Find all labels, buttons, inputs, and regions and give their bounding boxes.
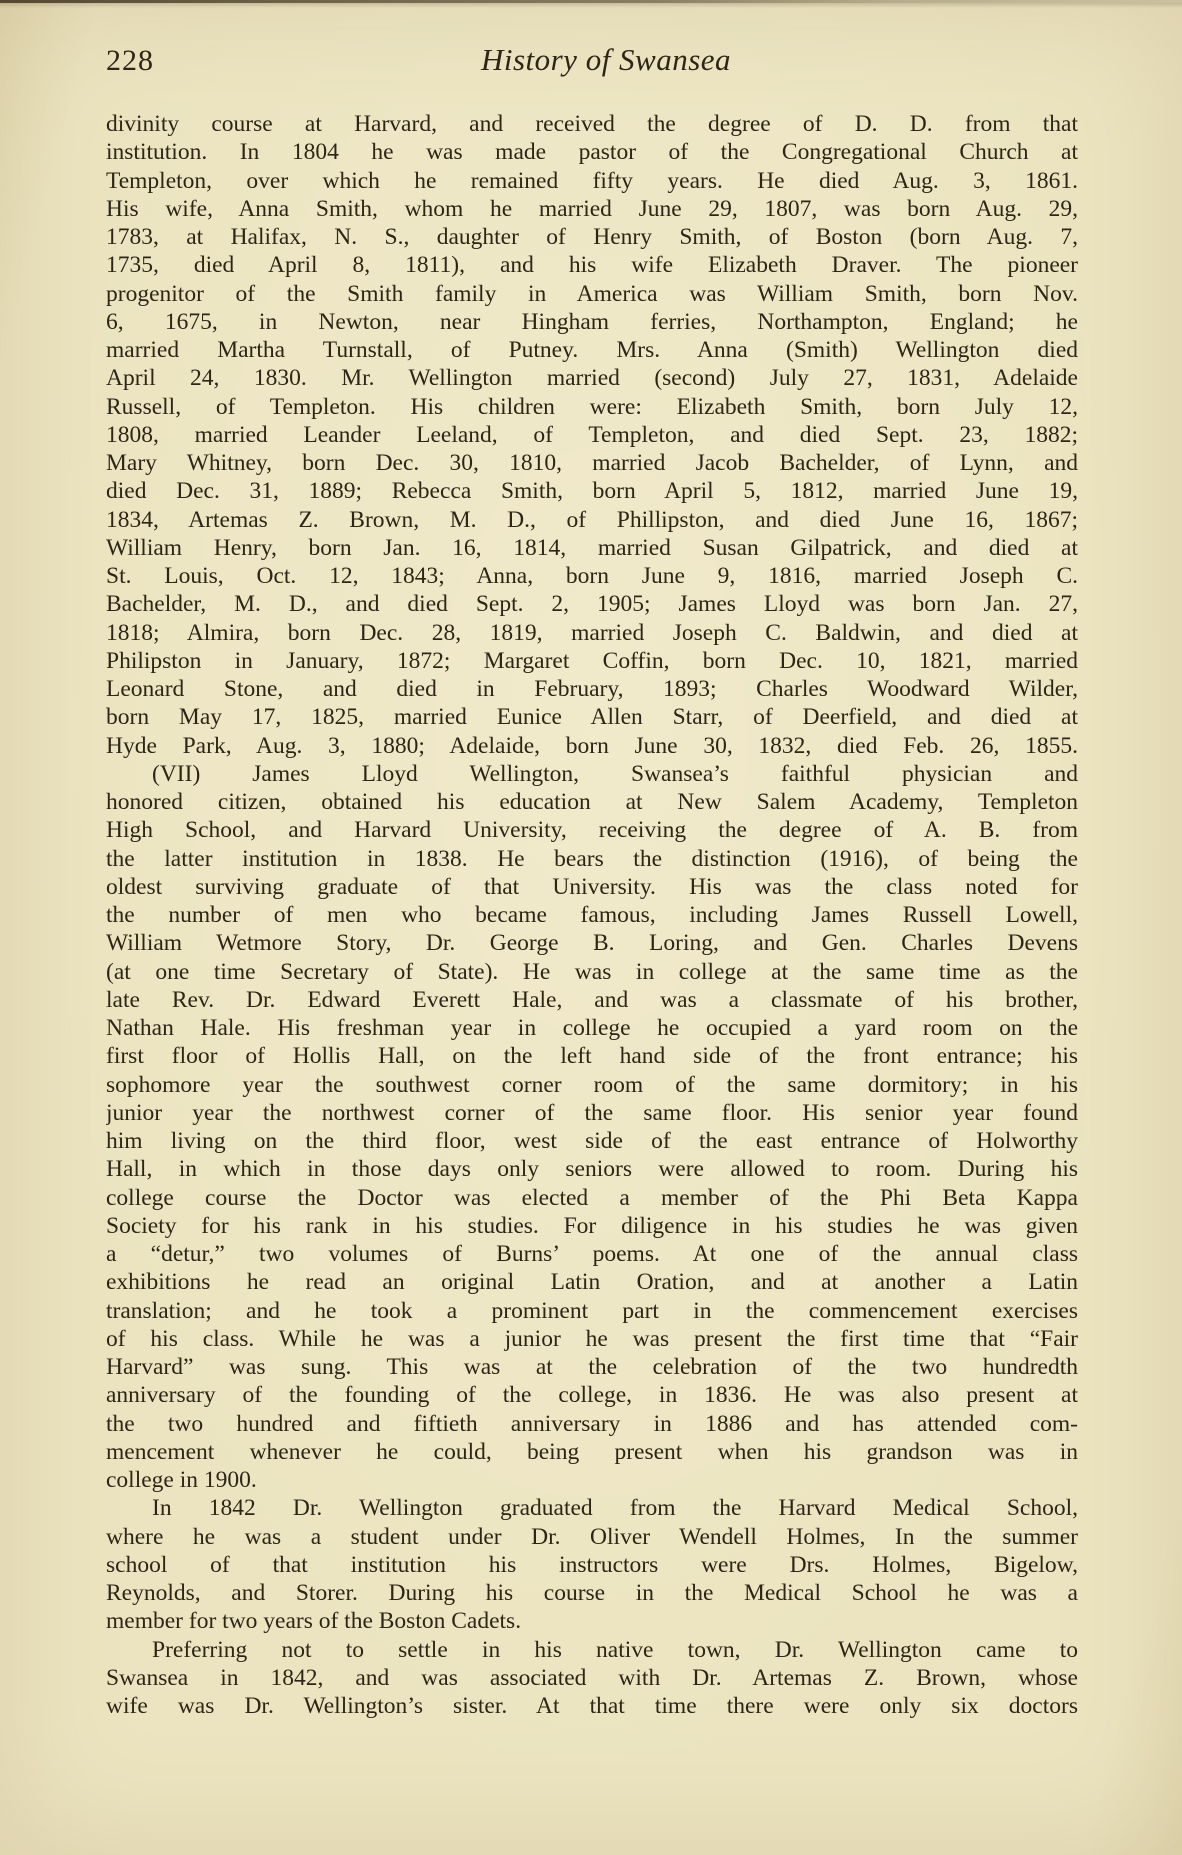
text-line: 1834, Artemas Z. Brown, M. D., of Philli… [106,506,1078,534]
paragraph: (VII) James Lloyd Wellington, Swansea’s … [106,760,1078,1495]
text-line: oldest surviving graduate of that Univer… [106,873,1078,901]
text-line: first floor of Hollis Hall, on the left … [106,1042,1078,1070]
text-line: progenitor of the Smith family in Americ… [106,280,1078,308]
text-line: In 1842 Dr. Wellington graduated from th… [106,1494,1078,1522]
text-line: late Rev. Dr. Edward Everett Hale, and w… [106,986,1078,1014]
text-line: mencement whenever he could, being prese… [106,1438,1078,1466]
text-line: died Dec. 31, 1889; Rebecca Smith, born … [106,477,1078,505]
text-line: honored citizen, obtained his education … [106,788,1078,816]
text-line: Swansea in 1842, and was associated with… [106,1664,1078,1692]
page-header: 228 History of Swansea [106,42,1078,78]
text-line: exhibitions he read an original Latin Or… [106,1268,1078,1296]
text-line: Mary Whitney, born Dec. 30, 1810, marrie… [106,449,1078,477]
text-line: the latter institution in 1838. He bears… [106,845,1078,873]
text-line: 1783, at Halifax, N. S., daughter of Hen… [106,223,1078,251]
text-line: Philipston in January, 1872; Margaret Co… [106,647,1078,675]
text-line: school of that institution his instructo… [106,1551,1078,1579]
text-line: wife was Dr. Wellington’s sister. At tha… [106,1692,1078,1720]
text-line: sophomore year the southwest corner room… [106,1071,1078,1099]
text-line: Russell, of Templeton. His children were… [106,393,1078,421]
text-line: anniversary of the founding of the colle… [106,1381,1078,1409]
page-top-edge-fade [0,3,1182,8]
text-line: 6, 1675, in Newton, near Hingham ferries… [106,308,1078,336]
text-line: junior year the northwest corner of the … [106,1099,1078,1127]
text-line: April 24, 1830. Mr. Wellington married (… [106,364,1078,392]
text-line: translation; and he took a prominent par… [106,1297,1078,1325]
text-line: Leonard Stone, and died in February, 189… [106,675,1078,703]
text-line: Preferring not to settle in his native t… [106,1636,1078,1664]
page-number: 228 [106,44,226,78]
paragraph: In 1842 Dr. Wellington graduated from th… [106,1494,1078,1635]
paragraph: divinity course at Harvard, and received… [106,110,1078,760]
text-line: (at one time Secretary of State). He was… [106,958,1078,986]
text-line: Reynolds, and Storer. During his course … [106,1579,1078,1607]
text-line: High School, and Harvard University, rec… [106,816,1078,844]
running-title: History of Swansea [240,42,972,78]
text-line: where he was a student under Dr. Oliver … [106,1523,1078,1551]
text-line: Harvard” was sung. This was at the celeb… [106,1353,1078,1381]
text-line: Hyde Park, Aug. 3, 1880; Adelaide, born … [106,732,1078,760]
text-line: the two hundred and fiftieth anniversary… [106,1410,1078,1438]
text-line: 1808, married Leander Leeland, of Temple… [106,421,1078,449]
text-line: college course the Doctor was elected a … [106,1184,1078,1212]
text-line: 1818; Almira, born Dec. 28, 1819, marrie… [106,619,1078,647]
text-line: Society for his rank in his studies. For… [106,1212,1078,1240]
text-line: Nathan Hale. His freshman year in colleg… [106,1014,1078,1042]
text-line: divinity course at Harvard, and received… [106,110,1078,138]
text-line: married Martha Turnstall, of Putney. Mrs… [106,336,1078,364]
text-line: Templeton, over which he remained fifty … [106,167,1078,195]
text-line: Bachelder, M. D., and died Sept. 2, 1905… [106,590,1078,618]
text-line: William Henry, born Jan. 16, 1814, marri… [106,534,1078,562]
text-line: St. Louis, Oct. 12, 1843; Anna, born Jun… [106,562,1078,590]
text-line: Hall, in which in those days only senior… [106,1155,1078,1183]
text-line: of his class. While he was a junior he w… [106,1325,1078,1353]
paragraph: Preferring not to settle in his native t… [106,1636,1078,1721]
text-line: member for two years of the Boston Cadet… [106,1607,1078,1635]
page-body-text: divinity course at Harvard, and received… [106,110,1078,1720]
text-line: a “detur,” two volumes of Burns’ poems. … [106,1240,1078,1268]
text-line: college in 1900. [106,1466,1078,1494]
text-line: him living on the third floor, west side… [106,1127,1078,1155]
text-line: His wife, Anna Smith, whom he married Ju… [106,195,1078,223]
text-line: the number of men who became famous, inc… [106,901,1078,929]
text-line: born May 17, 1825, married Eunice Allen … [106,703,1078,731]
text-line: 1735, died April 8, 1811), and his wife … [106,251,1078,279]
text-line: institution. In 1804 he was made pastor … [106,138,1078,166]
text-line: (VII) James Lloyd Wellington, Swansea’s … [106,760,1078,788]
text-line: William Wetmore Story, Dr. George B. Lor… [106,929,1078,957]
book-page: 228 History of Swansea divinity course a… [0,0,1182,1855]
